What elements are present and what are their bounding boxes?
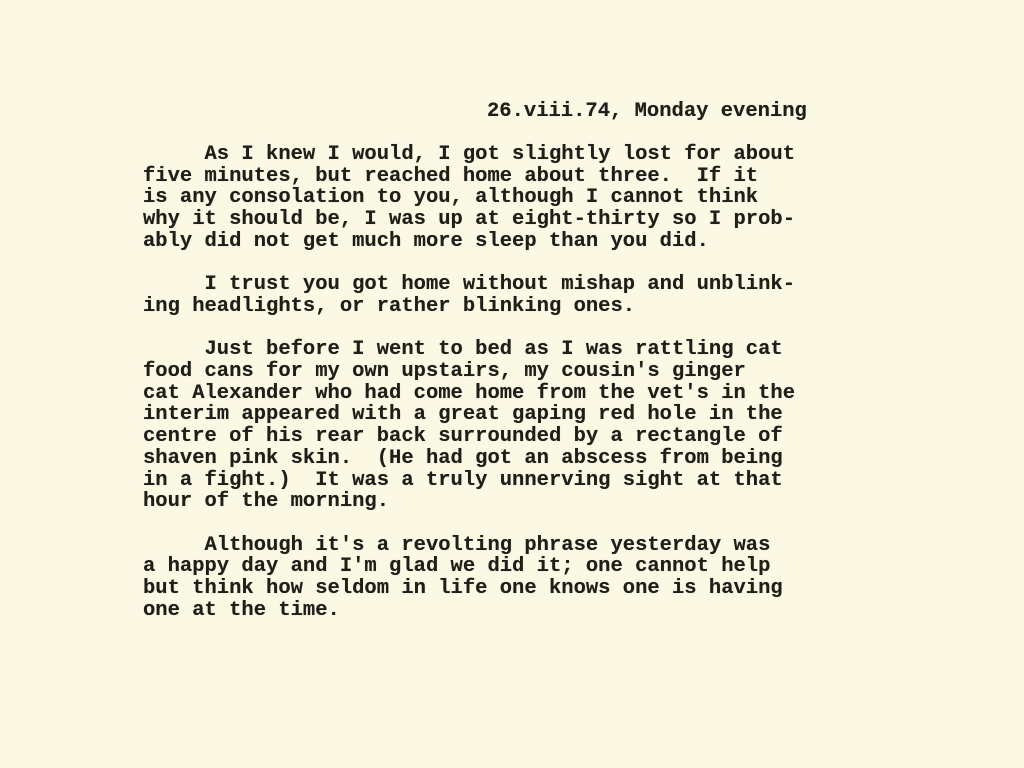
paragraph-cat-alexander: Just before I went to bed as I was rattl… xyxy=(143,339,795,513)
paragraph-trust-got-home: I trust you got home without mishap and … xyxy=(143,274,795,317)
paragraph-happy-day: Although it's a revolting phrase yesterd… xyxy=(143,535,795,622)
dateline: 26.viii.74, Monday evening xyxy=(487,101,807,123)
letter-body: As I knew I would, I got slightly lost f… xyxy=(143,144,795,643)
paragraph-arrival-home: As I knew I would, I got slightly lost f… xyxy=(143,144,795,253)
letter-page: 26.viii.74, Monday evening As I knew I w… xyxy=(0,0,1024,768)
